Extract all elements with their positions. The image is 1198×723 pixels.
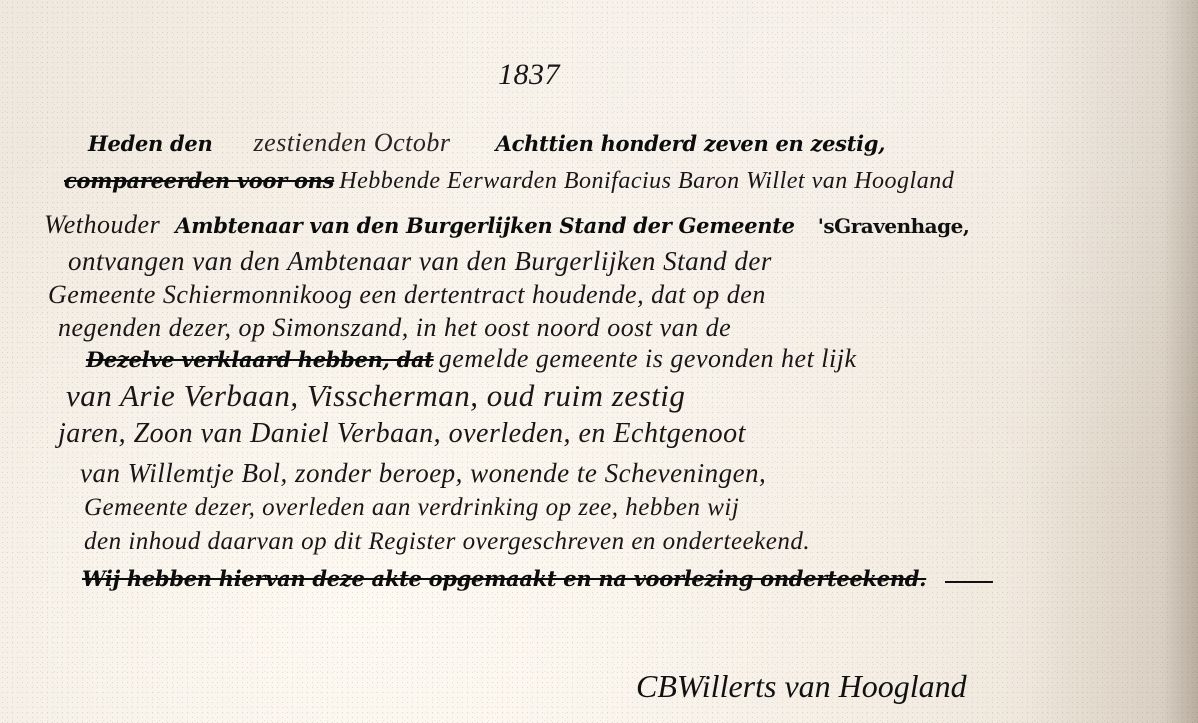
record-line-2: compareerden voor ons Hebbende Eerwarden…: [64, 168, 954, 195]
printed-text: Heden den: [88, 131, 212, 156]
struck-printed-closing: Wij hebben hiervan deze akte opgemaakt e…: [82, 566, 926, 591]
handwritten-text: gemelde gemeente is gevonden het lijk: [439, 344, 857, 373]
printed-year-text: Achttien honderd zeven en zestig,: [496, 131, 886, 156]
record-line-10: van Willemtje Bol, zonder beroep, wonend…: [80, 458, 766, 489]
registrar-signature: CBWillerts van Hoogland: [636, 668, 967, 705]
struck-printed-text: Dezelve verklaard hebben, dat: [86, 347, 434, 372]
record-line-4: ontvangen van den Ambtenaar van den Burg…: [68, 246, 772, 277]
record-line-13: Wij hebben hiervan deze akte opgemaakt e…: [82, 566, 993, 591]
scanned-document-page: 1837 Heden den zestienden Octobr Achttie…: [0, 0, 1198, 723]
record-line-3: Wethouder Ambtenaar van den Burgerlijken…: [44, 210, 969, 240]
handwritten-date: zestienden Octobr: [254, 128, 451, 157]
record-line-7: Dezelve verklaard hebben, dat gemelde ge…: [86, 344, 857, 374]
record-line-9: jaren, Zoon van Daniel Verbaan, overlede…: [58, 418, 746, 450]
record-line-12: den inhoud daarvan op dit Register overg…: [84, 528, 810, 556]
printed-municipality: 'sGravenhage,: [818, 214, 970, 238]
closing-dash: [945, 581, 993, 583]
year-heading: 1837: [498, 58, 560, 92]
handwritten-official-name: Hebbende Eerwarden Bonifacius Baron Will…: [339, 168, 954, 194]
record-line-8-deceased-name: van Arie Verbaan, Visscherman, oud ruim …: [66, 378, 685, 414]
record-line-1: Heden den zestienden Octobr Achttien hon…: [88, 128, 885, 158]
struck-printed-text: compareerden voor ons: [64, 168, 334, 193]
handwritten-title: Wethouder: [44, 210, 160, 239]
record-line-5: Gemeente Schiermonnikoog een dertentract…: [48, 280, 766, 310]
record-line-6: negenden dezer, op Simonszand, in het oo…: [58, 313, 731, 343]
printed-registrar-text: Ambtenaar van den Burgerlijken Stand der…: [175, 213, 794, 238]
record-line-11: Gemeente dezer, overleden aan verdrinkin…: [84, 494, 739, 522]
